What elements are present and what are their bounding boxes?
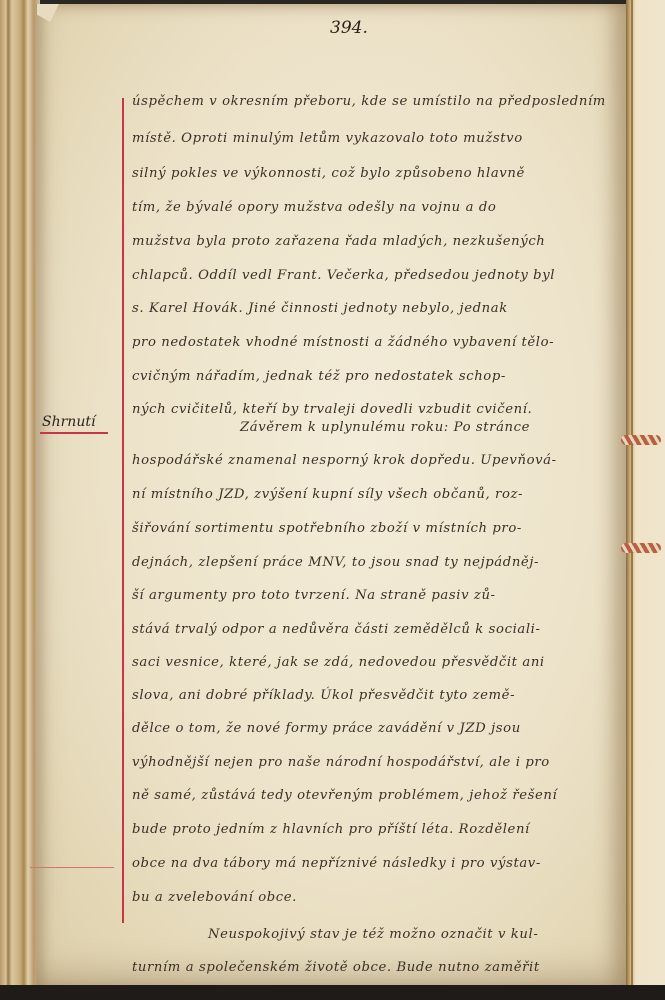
book-bottom-edge [0,985,665,1000]
text-line: pro nedostatek vhodné místnosti a žádnéh… [132,335,554,350]
text-line: šiřování sortimentu spotřebního zboží v … [132,521,522,536]
text-line: hospodářské znamenal nesporný krok dopře… [132,453,557,468]
text-line: saci vesnice, které, jak se zdá, nedoved… [132,655,545,670]
text-line: stává trvalý odpor a nedůvěra části země… [132,622,541,637]
text-line: výhodnější nejen pro naše národní hospod… [132,755,550,770]
binding-stitch-icon [621,543,661,553]
text-line: chlapců. Oddíl vedl Frant. Večerka, před… [132,268,555,283]
text-line: úspěchem v okresním přeboru, kde se umís… [132,94,606,109]
margin-heading-underline [40,432,108,434]
text-line: dejnách, zlepšení práce MNV, to jsou sna… [132,555,539,570]
text-line: cvičným nářadím, jednak též pro nedostat… [132,369,506,384]
text-line: dělce o tom, že nové formy práce zaváděn… [132,721,521,736]
page-number: 394. [330,18,368,38]
text-line: místě. Oproti minulým letům vykazovalo t… [132,131,523,146]
binding-stitch-icon [621,435,661,445]
text-line: ší argumenty pro toto tvrzení. Na straně… [132,588,496,603]
text-line: obce na dva tábory má nepříznivé následk… [132,856,541,871]
text-line: turním a společenském životě obce. Bude … [132,960,540,975]
text-line: ní místního JZD, zvýšení kupní síly všec… [132,487,523,502]
text-line: silný pokles ve výkonnosti, což bylo způ… [132,166,525,181]
text-line: ných cvičitelů, kteří by trvaleji dovedl… [132,402,532,417]
red-margin-rule [122,98,124,923]
paragraph-start-line: Neuspokojivý stav je též možno označit v… [208,927,538,942]
margin-heading: Shrnutí [42,414,95,430]
text-line: s. Karel Hovák. Jiné činnosti jednoty ne… [132,301,508,316]
text-line: slova, ani dobré příklady. Úkol přesvědč… [132,688,515,703]
book-page-stack-edge [0,0,40,990]
text-line: tím, že bývalé opory mužstva odešly na v… [132,200,496,215]
paragraph-start-line: Závěrem k uplynulému roku: Po stránce [240,420,530,435]
text-line: ně samé, zůstává tedy otevřeným probléme… [132,788,557,803]
text-line: mužstva byla proto zařazena řada mladých… [132,234,545,249]
gutter-fold-line [631,0,633,1000]
text-line: bude proto jedním z hlavních pro příští … [132,822,530,837]
margin-section-divider [30,867,114,868]
text-line: bu a zvelebování obce. [132,890,297,905]
